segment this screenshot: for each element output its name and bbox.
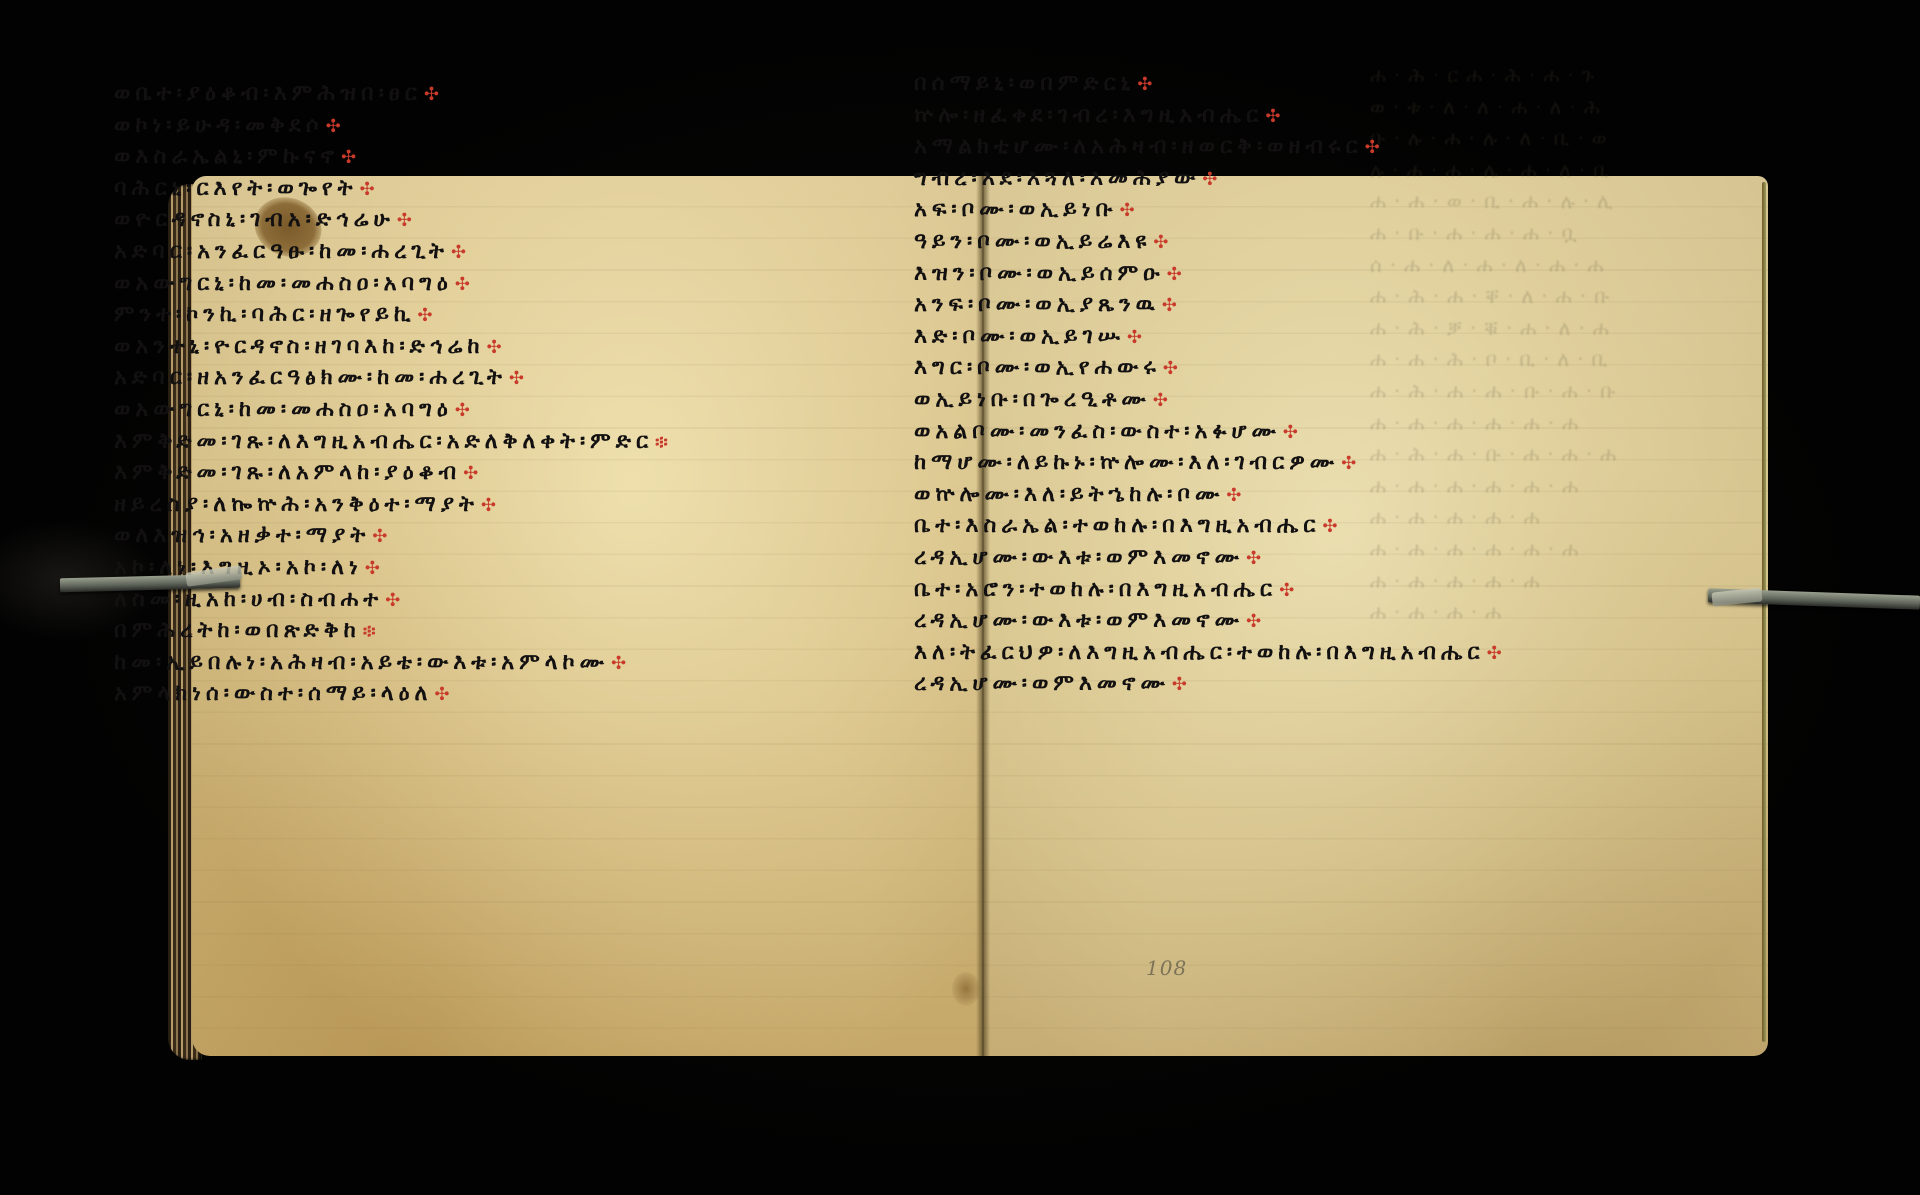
text-line: ወቤተ፡ያዕቆብ፡እምሕዝበ፡ፀር✣ <box>114 78 668 110</box>
rubric-cross-icon: ✣ <box>463 463 478 484</box>
rubric-cross-icon: ✣ <box>1153 390 1168 411</box>
text-line: እለ፡ትፈርህዎ፡ለእግዚአብሔር፡ተወከሉ፡በእግዚአብሔር✣ <box>914 637 1502 669</box>
text-line: በሰማይኒ፡ወበምድርኒ✣ <box>914 68 1502 100</box>
rubric-cross-icon: ✣ <box>385 590 400 611</box>
text-line: ወአልቦሙ፡መንፈስ፡ውስተ፡አፉሆሙ✣ <box>914 416 1502 448</box>
text-line: ምንተ፡ኮንኪ፡ባሕር፡ዘጐየይኪ✣ <box>114 299 668 331</box>
rubric-cross-icon: ✣ <box>1487 643 1502 664</box>
text-line: እምቅድመ፡ገጹ፡ለእግዚአብሔር፡አድለቅለቀት፡ምድር፨ <box>114 426 668 458</box>
text-line: ረዳኢሆሙ፡ውእቱ፡ወምእመኖሙ✣ <box>914 542 1502 574</box>
text-line: ወኮነ፡ይሁዳ፡መቅደሶ✣ <box>114 110 668 142</box>
text-line: አፍ፡ቦሙ፡ወኢይነቡ✣ <box>914 194 1502 226</box>
right-page-text: በሰማይኒ፡ወበምድርኒ✣ ኵሎ፡ዘፈቀደ፡ገብረ፡እግዚአብሔር✣ አማልክቲ… <box>914 68 1502 700</box>
rubric-cross-icon: ✣ <box>1246 548 1261 569</box>
text-line: ረዳኢሆሙ፡ውእቱ፡ወምእመኖሙ✣ <box>914 605 1502 637</box>
text-line: እድ፡ቦሙ፡ወኢይገሡ✣ <box>914 321 1502 353</box>
rubric-cross-icon: ✣ <box>455 274 470 295</box>
text-line: አድባር፡ዘአንፈርዓፅክሙ፡ከመ፡ሐረጊት✣ <box>114 362 668 394</box>
text-line: ወአውግርኒ፡ከመ፡መሐስዐ፡አባግዕ✣ <box>114 394 668 426</box>
rubric-cross-icon: ✣ <box>611 653 626 674</box>
text-line: ከማሆሙ፡ለይኩኑ፡ኵሎሙ፡እለ፡ገብርዎሙ✣ <box>914 447 1502 479</box>
text-line: ግብረ፡እደ፡እጓለ፡እመሕያው✣ <box>914 163 1502 195</box>
rubric-cross-icon: ✣ <box>1226 485 1241 506</box>
rubric-cross-icon: ✣ <box>360 179 375 200</box>
text-line: በምሕረትከ፡ወበጽድቅከ፨ <box>114 615 668 647</box>
rubric-cross-icon: ✣ <box>397 210 412 231</box>
text-line: አድባር፡አንፈርዓፁ፡ከመ፡ሐረጊት✣ <box>114 236 668 268</box>
photo-scene: ሐ·ሕ·ርሐ·ሕ·ሐ·ጉ ወ·ቱ·ለ·ለ·ሐ·ለ·ሕ ቡ·ሉ·ሐ·ሉ·ለ·ቢ·ወ… <box>0 0 1920 1195</box>
rubric-cross-icon: ✣ <box>509 368 524 389</box>
rubric-cross-icon: ✣ <box>1163 358 1178 379</box>
rubric-cross-icon: ✣ <box>1172 674 1187 695</box>
text-line: ከመ፡ኢይበሉነ፡አሕዛብ፡አይቴ፡ውእቱ፡አምላኮሙ✣ <box>114 647 668 679</box>
text-line: ወዮርዳኖስኒ፡ገብአ፡ድኅሬሁ✣ <box>114 204 668 236</box>
text-line: ወኢይነቡ፡በጐረዒቶሙ✣ <box>914 384 1502 416</box>
folio-number: 108 <box>1146 956 1187 980</box>
rubric-cross-icon: ✣ <box>1365 137 1380 158</box>
rubric-cross-icon: ✣ <box>455 400 470 421</box>
rubric-cross-icon: ✣ <box>1283 422 1298 443</box>
text-line: ረዳኢሆሙ፡ወምእመኖሙ✣ <box>914 668 1502 700</box>
text-line: ቤተ፡አሮን፡ተወከሉ፡በእግዚአብሔር✣ <box>914 574 1502 606</box>
rubric-cross-icon: ✣ <box>424 84 439 105</box>
left-page-text: ወቤተ፡ያዕቆብ፡እምሕዝበ፡ፀር✣ ወኮነ፡ይሁዳ፡መቅደሶ✣ ወእስራኤልኒ… <box>114 78 668 710</box>
rubric-cross-icon: ✣ <box>481 495 496 516</box>
rubric-cross-icon: ✣ <box>365 558 380 579</box>
text-line: ዓይን፡ቦሙ፡ወኢይሬእዩ✣ <box>914 226 1502 258</box>
text-line: አማልክቲሆሙ፡ለአሕዛብ፡ዘወርቅ፡ወዘብሩር✣ <box>914 131 1502 163</box>
text-line: ቤተ፡እስራኤል፡ተወከሉ፡በእግዚአብሔር✣ <box>914 510 1502 542</box>
rubric-cross-icon: ✣ <box>417 305 432 326</box>
rubric-cross-icon: ✣ <box>1153 232 1168 253</box>
text-line: ወኵሎሙ፡እለ፡ይትኄከሉ፡ቦሙ✣ <box>914 479 1502 511</box>
rubric-cross-icon: ✣ <box>486 337 501 358</box>
text-line: እዝን፡ቦሙ፡ወኢይሰምዑ✣ <box>914 258 1502 290</box>
text-line: ባሕርኒ፡ርእየት፡ወጐየት✣ <box>114 173 668 205</box>
rubric-cross-icon: ✣ <box>372 526 387 547</box>
rubric-cross-icon: ✣ <box>1162 295 1177 316</box>
rubric-cross-icon: ✣ <box>1137 74 1152 95</box>
rubric-cross-icon: ✣ <box>341 147 356 168</box>
rubric-cross-icon: ✣ <box>1202 169 1217 190</box>
rubric-cross-icon: ✣ <box>1167 264 1182 285</box>
rubric-cross-icon: ✣ <box>1341 453 1356 474</box>
text-line: ኵሎ፡ዘፈቀደ፡ገብረ፡እግዚአብሔር✣ <box>914 100 1502 132</box>
rubric-cross-icon: ፨ <box>655 432 668 453</box>
text-line: አንፍ፡ቦሙ፡ወኢያጼንዉ✣ <box>914 289 1502 321</box>
rubric-cross-icon: ✣ <box>434 684 449 705</box>
rubric-cross-icon: ✣ <box>1322 516 1337 537</box>
text-line: ወእስራኤልኒ፡ምኩናኖ✣ <box>114 141 668 173</box>
text-line: እግር፡ቦሙ፡ወኢየሐውሩ✣ <box>914 352 1502 384</box>
rubric-cross-icon: ✣ <box>1119 200 1134 221</box>
rubric-cross-icon: ✣ <box>1127 327 1142 348</box>
text-line: ወአውግርኒ፡ከመ፡መሐስዐ፡አባግዕ✣ <box>114 268 668 300</box>
rubric-cross-icon: ✣ <box>1265 106 1280 127</box>
rubric-cross-icon: ✣ <box>451 242 466 263</box>
rubric-cross-icon: ፨ <box>363 621 376 642</box>
text-line: ወአንተኒ፡ዮርዳኖስ፡ዘገባእከ፡ድኅሬከ✣ <box>114 331 668 363</box>
rubric-cross-icon: ✣ <box>326 116 341 137</box>
text-line: ወለእዝኅ፡አዘቃተ፡ማያት✣ <box>114 520 668 552</box>
rubric-cross-icon: ✣ <box>1246 611 1261 632</box>
text-line: አምላክነሰ፡ውስተ፡ሰማይ፡ላዕለ✣ <box>114 678 668 710</box>
text-line: ዘይረስያ፡ለኰኵሕ፡አንቅዕተ፡ማያት✣ <box>114 489 668 521</box>
rubric-cross-icon: ✣ <box>1279 580 1294 601</box>
text-line: እምቅድመ፡ገጹ፡ለአምላከ፡ያዕቆብ✣ <box>114 457 668 489</box>
